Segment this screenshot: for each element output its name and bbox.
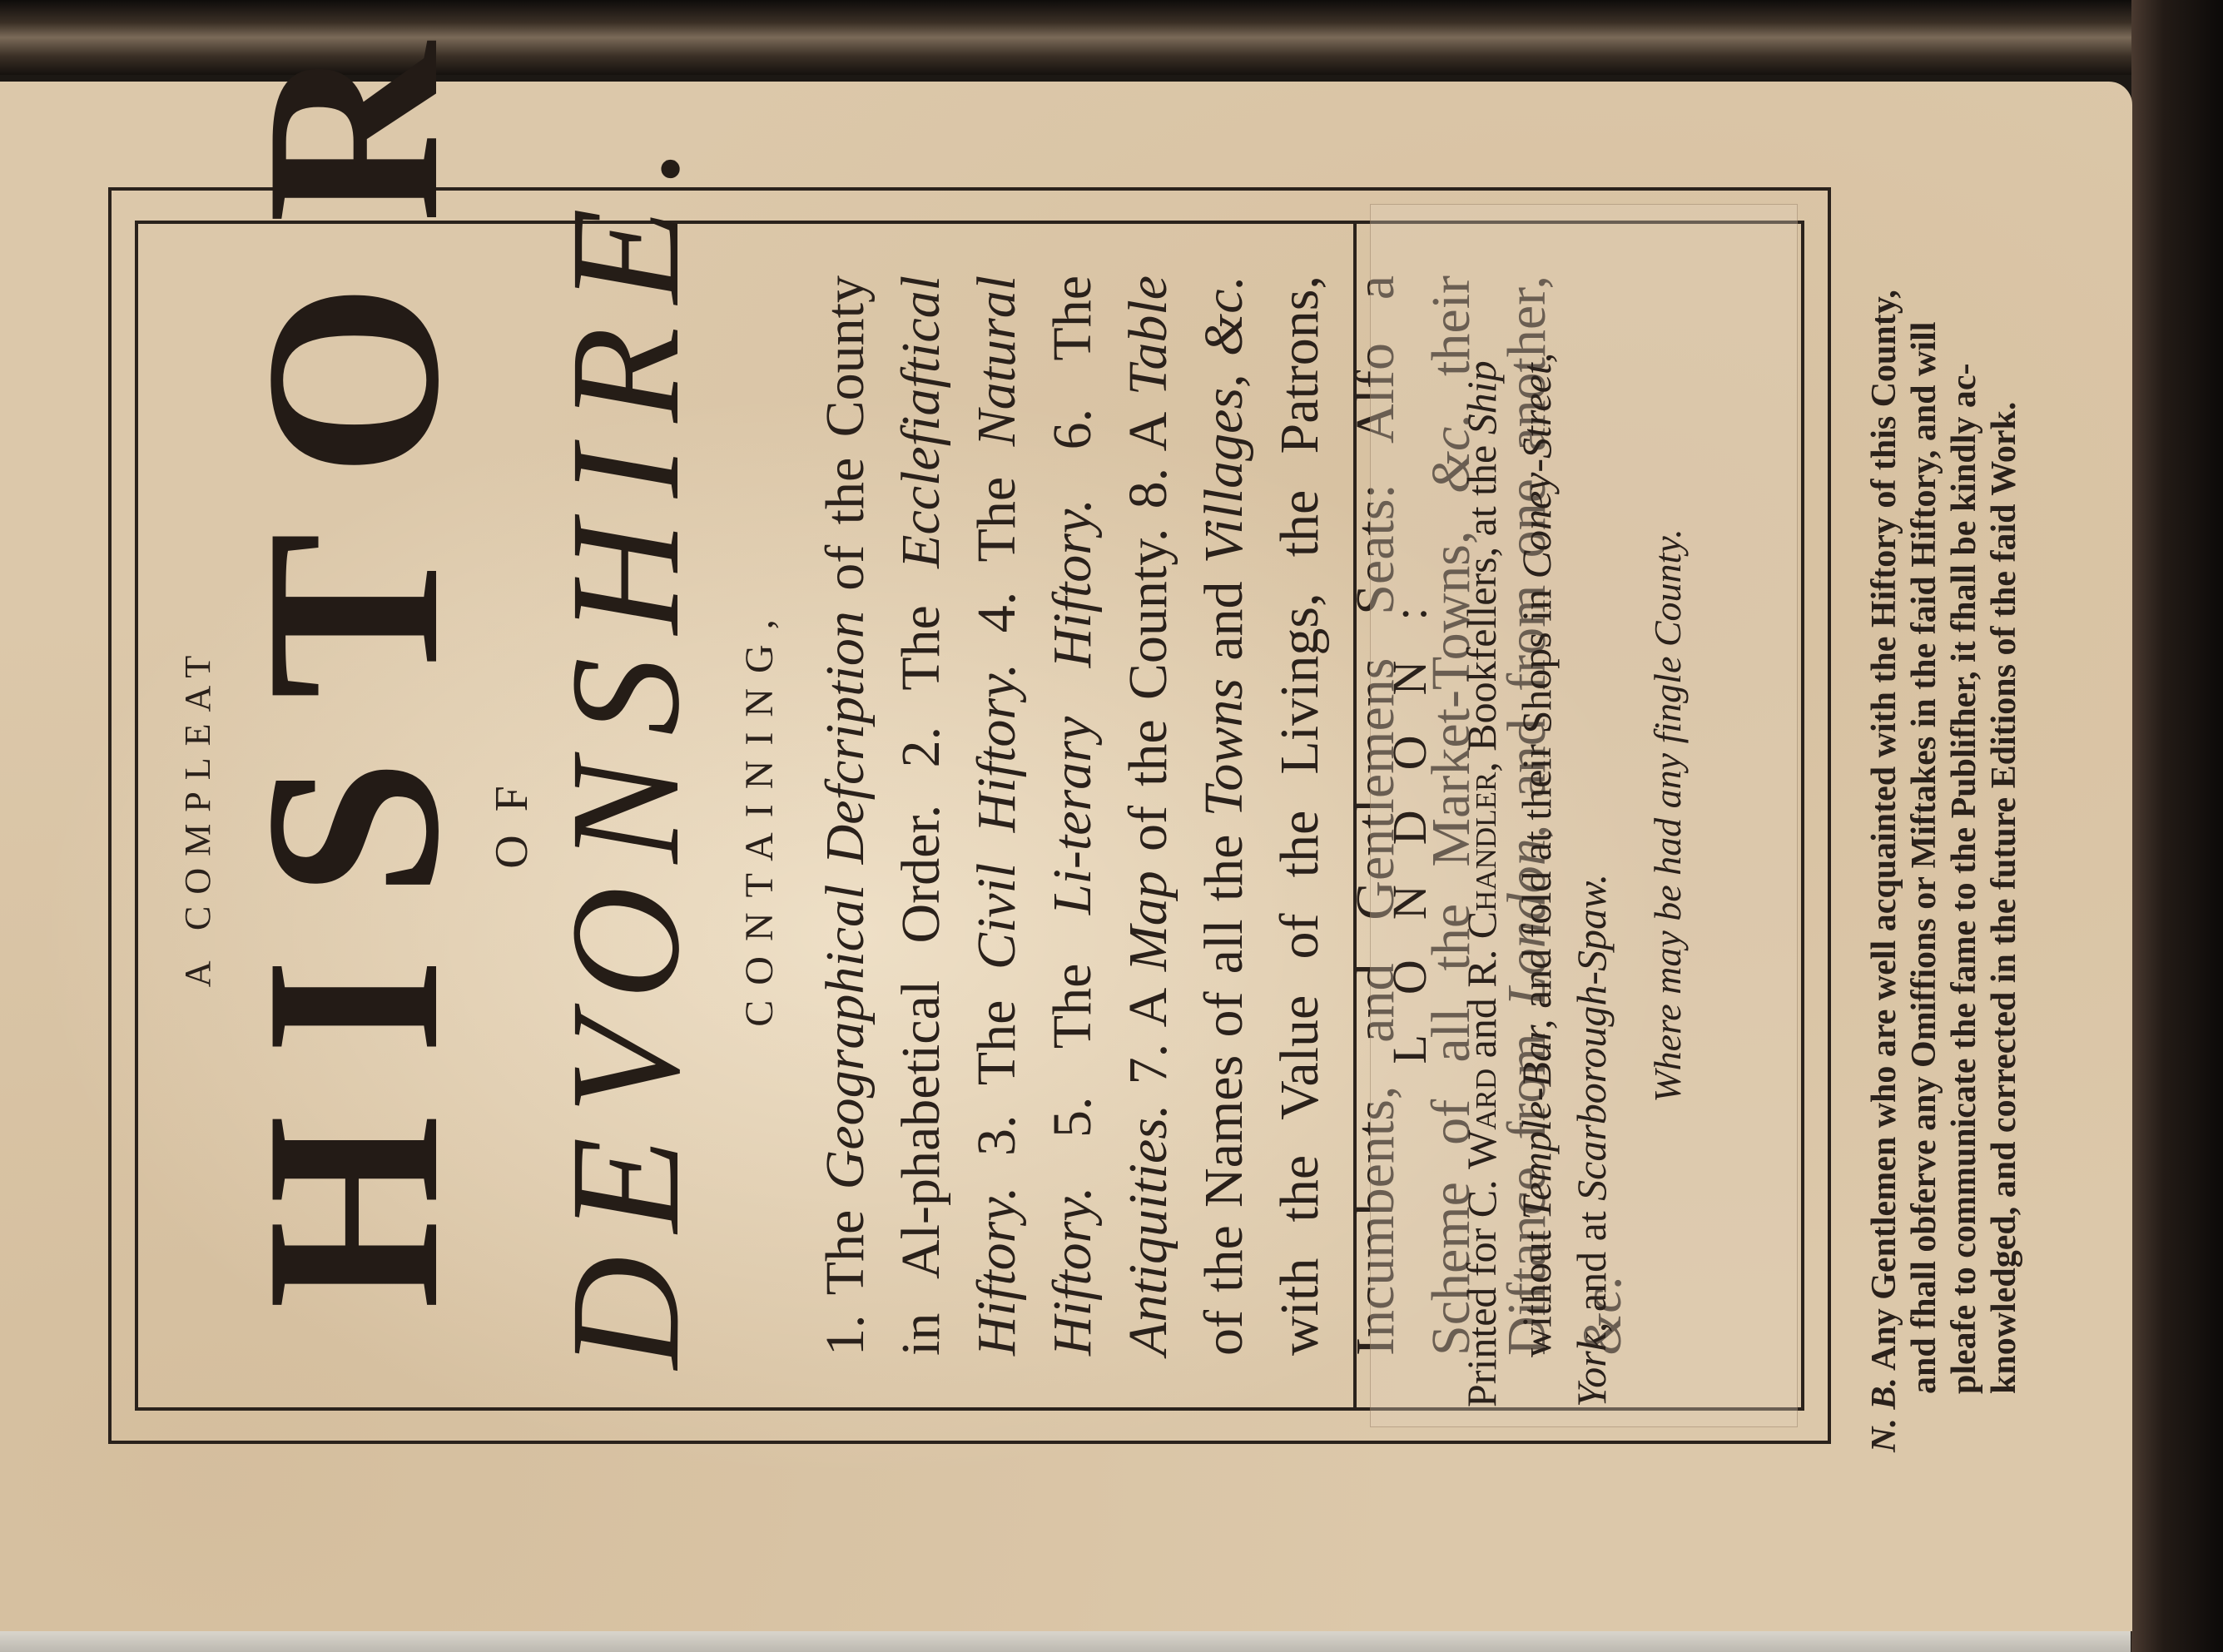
- subject-title: DEVONSHIRE.: [542, 262, 708, 1369]
- imprint-line-1: Printed for C. Ward and R. Chandler, Boo…: [1454, 224, 1509, 1407]
- nb-line-4: knowledged, and corrected in the future …: [1984, 154, 2024, 1452]
- imprint-and-at: and at: [1568, 1211, 1615, 1312]
- contents-item-4-number: 4. The: [966, 477, 1027, 633]
- title-page: A COMPLEAT HISTORY OF DEVONSHIRE. CONTAI…: [108, 187, 1831, 1444]
- contents-item-8-mid: of the Names of all the: [1193, 835, 1254, 1356]
- imprint-printer: Printed for C. Ward and R. Chandler, Boo…: [1454, 187, 1619, 1444]
- contents-item-8-and: and: [1193, 581, 1254, 660]
- contents-item-1-title: Geographical Defcription: [815, 611, 876, 1189]
- nb-line-1: N. B. Any Gentlemen who are well acquain…: [1864, 154, 1904, 1452]
- contents-item-1-number: 1. The: [815, 1210, 876, 1356]
- contents-item-3-title: Civil Hiftory.: [966, 663, 1027, 970]
- contents-item-8-title: Table: [1118, 275, 1178, 395]
- book-edge-right: [2131, 0, 2223, 1652]
- contents-item-6-title: Antiquities.: [1118, 1104, 1178, 1356]
- imprint-where-note: Where may be had any fingle County.: [1645, 187, 1690, 1444]
- imprint-booksellers: Bookfellers, at the: [1458, 445, 1505, 752]
- section-divider-rule: [1353, 221, 1357, 1411]
- contents-item-7-number: 7. A: [1118, 990, 1178, 1084]
- imprint-sold-at: and fold at their Shops in: [1513, 589, 1560, 1009]
- contents-item-7-rest: of the County.: [1118, 528, 1178, 851]
- imprint-temple-bar: Temple-Bar,: [1513, 1019, 1560, 1219]
- title-of: OF: [485, 262, 538, 1369]
- nb-line-3: pleafe to communicate the fame to the Pu…: [1944, 154, 1984, 1452]
- nb-label: N. B.: [1865, 1377, 1903, 1452]
- contents-item-8-number: 8. A: [1118, 414, 1178, 508]
- imprint-line-3: York, and at Scarborough-Spaw.: [1564, 224, 1619, 1407]
- imprint-printed-for: Printed for C.: [1458, 1179, 1505, 1407]
- imprint-coney-street: Coney-Street,: [1513, 353, 1560, 579]
- contents-item-6-number: 6. The: [1042, 275, 1103, 449]
- nb-text-1: Any Gentlemen who are well acquainted wi…: [1865, 290, 1903, 1371]
- containing-heading: CONTAINING,: [737, 262, 782, 1369]
- imprint-york: York,: [1568, 1322, 1615, 1407]
- main-title: HISTORY: [227, 262, 477, 1309]
- imprint-without: without: [1513, 1230, 1560, 1357]
- contents-item-7-title: Map: [1118, 871, 1178, 971]
- imprint-chandler: Chandler,: [1458, 762, 1505, 939]
- contents-item-8-villages: Villages,: [1193, 374, 1254, 563]
- contents-item-5-number: 5. The: [1042, 964, 1103, 1138]
- imprint-city: LONDON:: [1382, 187, 1437, 1444]
- contents-item-5-title: Li-terary Hiftory.: [1042, 499, 1103, 915]
- pre-title: A COMPLEAT: [176, 262, 219, 1369]
- imprint-ward: Ward: [1458, 1069, 1505, 1169]
- imprint-and: and R.: [1458, 950, 1505, 1059]
- book-edge-bottom: [0, 1631, 2131, 1652]
- imprint-line-2: without Temple-Bar, and fold at their Sh…: [1509, 224, 1564, 1407]
- imprint-scarborough: Scarborough-Spaw.: [1568, 874, 1615, 1201]
- contents-item-2-number: 2. The: [891, 605, 951, 767]
- contents-item-8-towns: Towns: [1193, 678, 1254, 816]
- nota-bene-note: N. B. Any Gentlemen who are well acquain…: [1864, 154, 2024, 1452]
- contents-item-8-etc: &c.: [1193, 275, 1254, 356]
- nb-line-2: and fhall obferve any Omiffions or Mifta…: [1904, 154, 1944, 1452]
- imprint: LONDON: Printed for C. Ward and R. Chand…: [1382, 187, 1690, 1444]
- contents-item-3-number: 3. The: [966, 1000, 1027, 1156]
- imprint-ship: Ship: [1458, 360, 1505, 434]
